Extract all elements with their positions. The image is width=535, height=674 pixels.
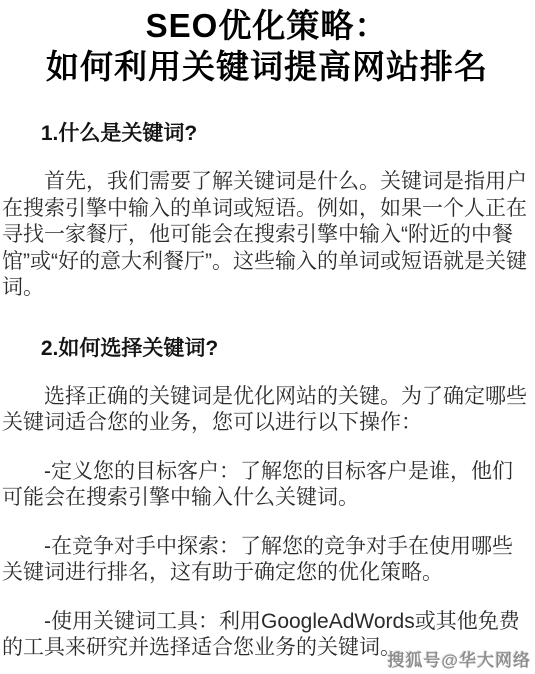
bullet-explore-competitors: -在竞争对手中探索：了解您的竞争对手在使用哪些关键词进行排名，这有助于确定您的优… [2,534,532,587]
section-1-paragraph: 首先，我们需要了解关键词是什么。关键词是指用户在搜索引擎中输入的单词或短语。例如… [2,169,532,302]
section-2-intro-paragraph: 选择正确的关键词是优化网站的关键。为了确定哪些关键词适合您的业务，您可以进行以下… [2,384,532,437]
bullet-define-target-customers: -定义您的目标客户：了解您的目标客户是谁，他们可能会在搜索引擎中输入什么关键词。 [2,459,532,512]
section-1-heading: 1.什么是关键词? [2,121,532,147]
page-title: SEO优化策略： 如何利用关键词提高网站排名 [2,5,532,87]
page-title-line-1: SEO优化策略： [2,5,532,46]
sohu-account-watermark: 搜狐号@华大网络 [387,646,531,671]
article: SEO优化策略： 如何利用关键词提高网站排名 1.什么是关键词? 首先，我们需要… [0,0,535,662]
page-title-line-2: 如何利用关键词提高网站排名 [2,46,532,87]
section-2-heading: 2.如何选择关键词? [2,336,532,362]
